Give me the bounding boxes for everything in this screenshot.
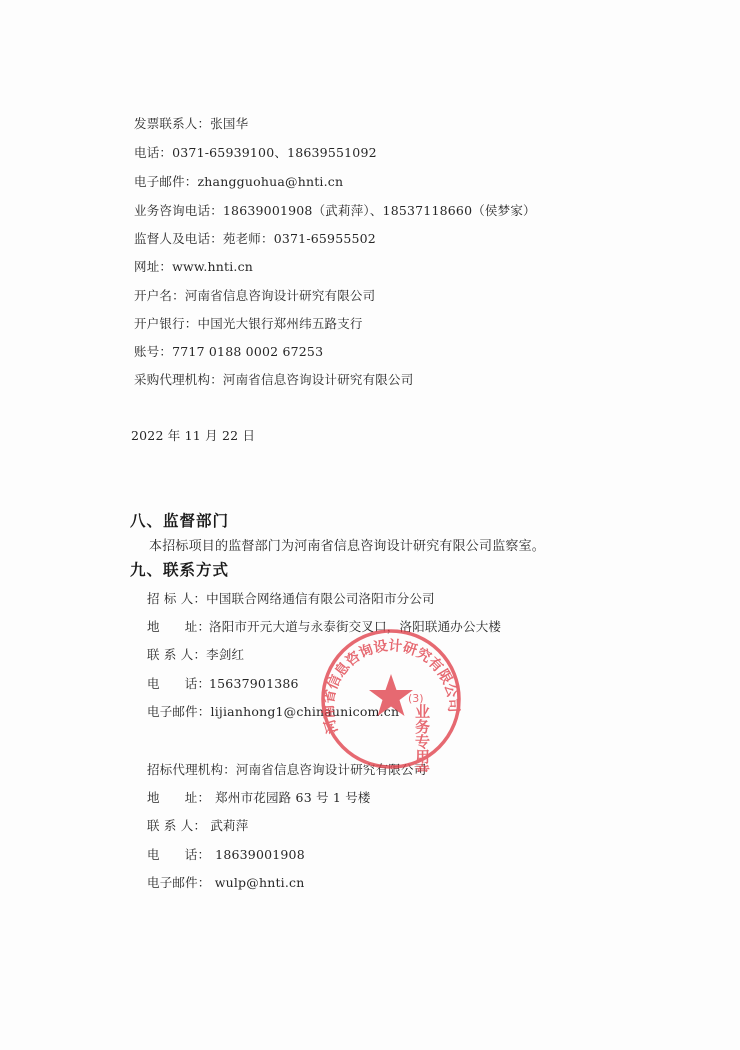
row-label: 电子邮件： [134,174,198,189]
row-label: 地 址： [147,790,211,806]
row-value: 中国联合网络通信有限公司洛阳市分公司 [206,591,435,606]
row-label: 采购代理机构： [134,372,223,387]
row-label: 开户银行： [134,316,198,331]
row-value: 张国华 [210,116,248,131]
row-label: 联 系 人： [147,647,206,662]
row-value: 18639001908 [211,847,305,862]
seal-arc-text: 河南省信息咨询设计研究有限公司 [320,637,463,735]
row-label: 电 话： [147,676,209,692]
tenderer-row: 招 标 人：中国联合网络通信有限公司洛阳市分公司 [147,591,435,607]
bank-row: 开户银行：中国光大银行郑州纬五路支行 [134,316,363,332]
row-label: 地 址： [147,619,209,635]
account-name-row: 开户名：河南省信息咨询设计研究有限公司 [134,288,375,304]
row-value: 武莉萍 [206,818,248,833]
row-value: 18639001908（武莉萍）、18537118660（侯梦家） [223,203,536,218]
row-label: 开户名： [134,288,185,303]
row-value: 郑州市花园路 63 号 1 号楼 [211,790,371,805]
section-8-heading: 八、监督部门 [130,511,229,531]
agency-email-row: 电子邮件： wulp@hnti.cn [147,875,305,891]
section-9-heading: 九、联系方式 [130,560,229,580]
row-value: 中国光大银行郑州纬五路支行 [198,316,363,331]
row-value: 洛阳市开元大道与永泰街交叉口，洛阳联通办公大楼 [209,619,501,634]
account-number-row: 账号：7717 0188 0002 67253 [134,344,323,360]
seal-number: (3) [408,692,424,705]
procurement-agency-row: 采购代理机构：河南省信息咨询设计研究有限公司 [134,372,413,388]
invoice-contact-row: 发票联系人：张国华 [134,116,248,132]
row-value: 15637901386 [209,676,299,691]
email-row: 电子邮件：zhangguohua@hnti.cn [134,174,343,190]
row-value: wulp@hnti.cn [211,875,305,890]
supervisor-row: 监督人及电话：苑老师：0371-65955502 [134,231,376,247]
website-row: 网址：www.hnti.cn [134,259,253,275]
tenderer-email-row: 电子邮件：lijianhong1@chinaunicom.cn [147,704,399,720]
row-label: 电子邮件： [147,875,211,890]
phone-row: 电话：0371-65939100、18639551092 [134,145,377,161]
row-value: 李剑红 [206,647,244,662]
agency-contact-person-row: 联 系 人： 武莉萍 [147,818,248,834]
row-value: 苑老师：0371-65955502 [223,231,376,246]
row-value: 0371-65939100、18639551092 [172,145,377,160]
row-label: 业务咨询电话： [134,203,223,218]
row-label: 监督人及电话： [134,231,223,246]
document-page: 发票联系人：张国华 电话：0371-65939100、18639551092 电… [0,0,740,1050]
row-label: 电子邮件： [147,704,211,719]
row-label: 账号： [134,344,172,359]
tenderer-contact-person-row: 联 系 人：李剑红 [147,647,244,663]
row-value: www.hnti.cn [172,259,253,274]
row-value: lijianhong1@chinaunicom.cn [211,704,400,719]
row-value: 河南省信息咨询设计研究有限公司 [223,372,414,387]
agency-phone-row: 电 话： 18639001908 [147,847,305,863]
row-label: 电 话： [147,847,211,863]
row-value: 河南省信息咨询设计研究有限公司 [185,288,376,303]
row-label: 招 标 人： [147,591,206,606]
row-label: 网址： [134,259,172,274]
row-label: 电话： [134,145,172,160]
row-label: 发票联系人： [134,116,210,131]
row-value: zhangguohua@hnti.cn [198,174,344,189]
tenderer-address-row: 地 址：洛阳市开元大道与永泰街交叉口，洛阳联通办公大楼 [147,619,501,635]
tenderer-phone-row: 电 话：15637901386 [147,676,299,692]
business-phone-row: 业务咨询电话：18639001908（武莉萍）、18537118660（侯梦家） [134,203,536,219]
agency-title: 招标代理机构：河南省信息咨询设计研究有限公司 [147,762,426,778]
row-label: 联 系 人： [147,818,206,833]
row-value: 7717 0188 0002 67253 [172,344,323,359]
agency-address-row: 地 址： 郑州市花园路 63 号 1 号楼 [147,790,371,806]
document-date: 2022 年 11 月 22 日 [131,428,255,444]
section-8-body: 本招标项目的监督部门为河南省信息咨询设计研究有限公司监察室。 [149,539,545,555]
company-seal-stamp: 河南省信息咨询设计研究有限公司 业务专用章 (3) [318,626,464,772]
